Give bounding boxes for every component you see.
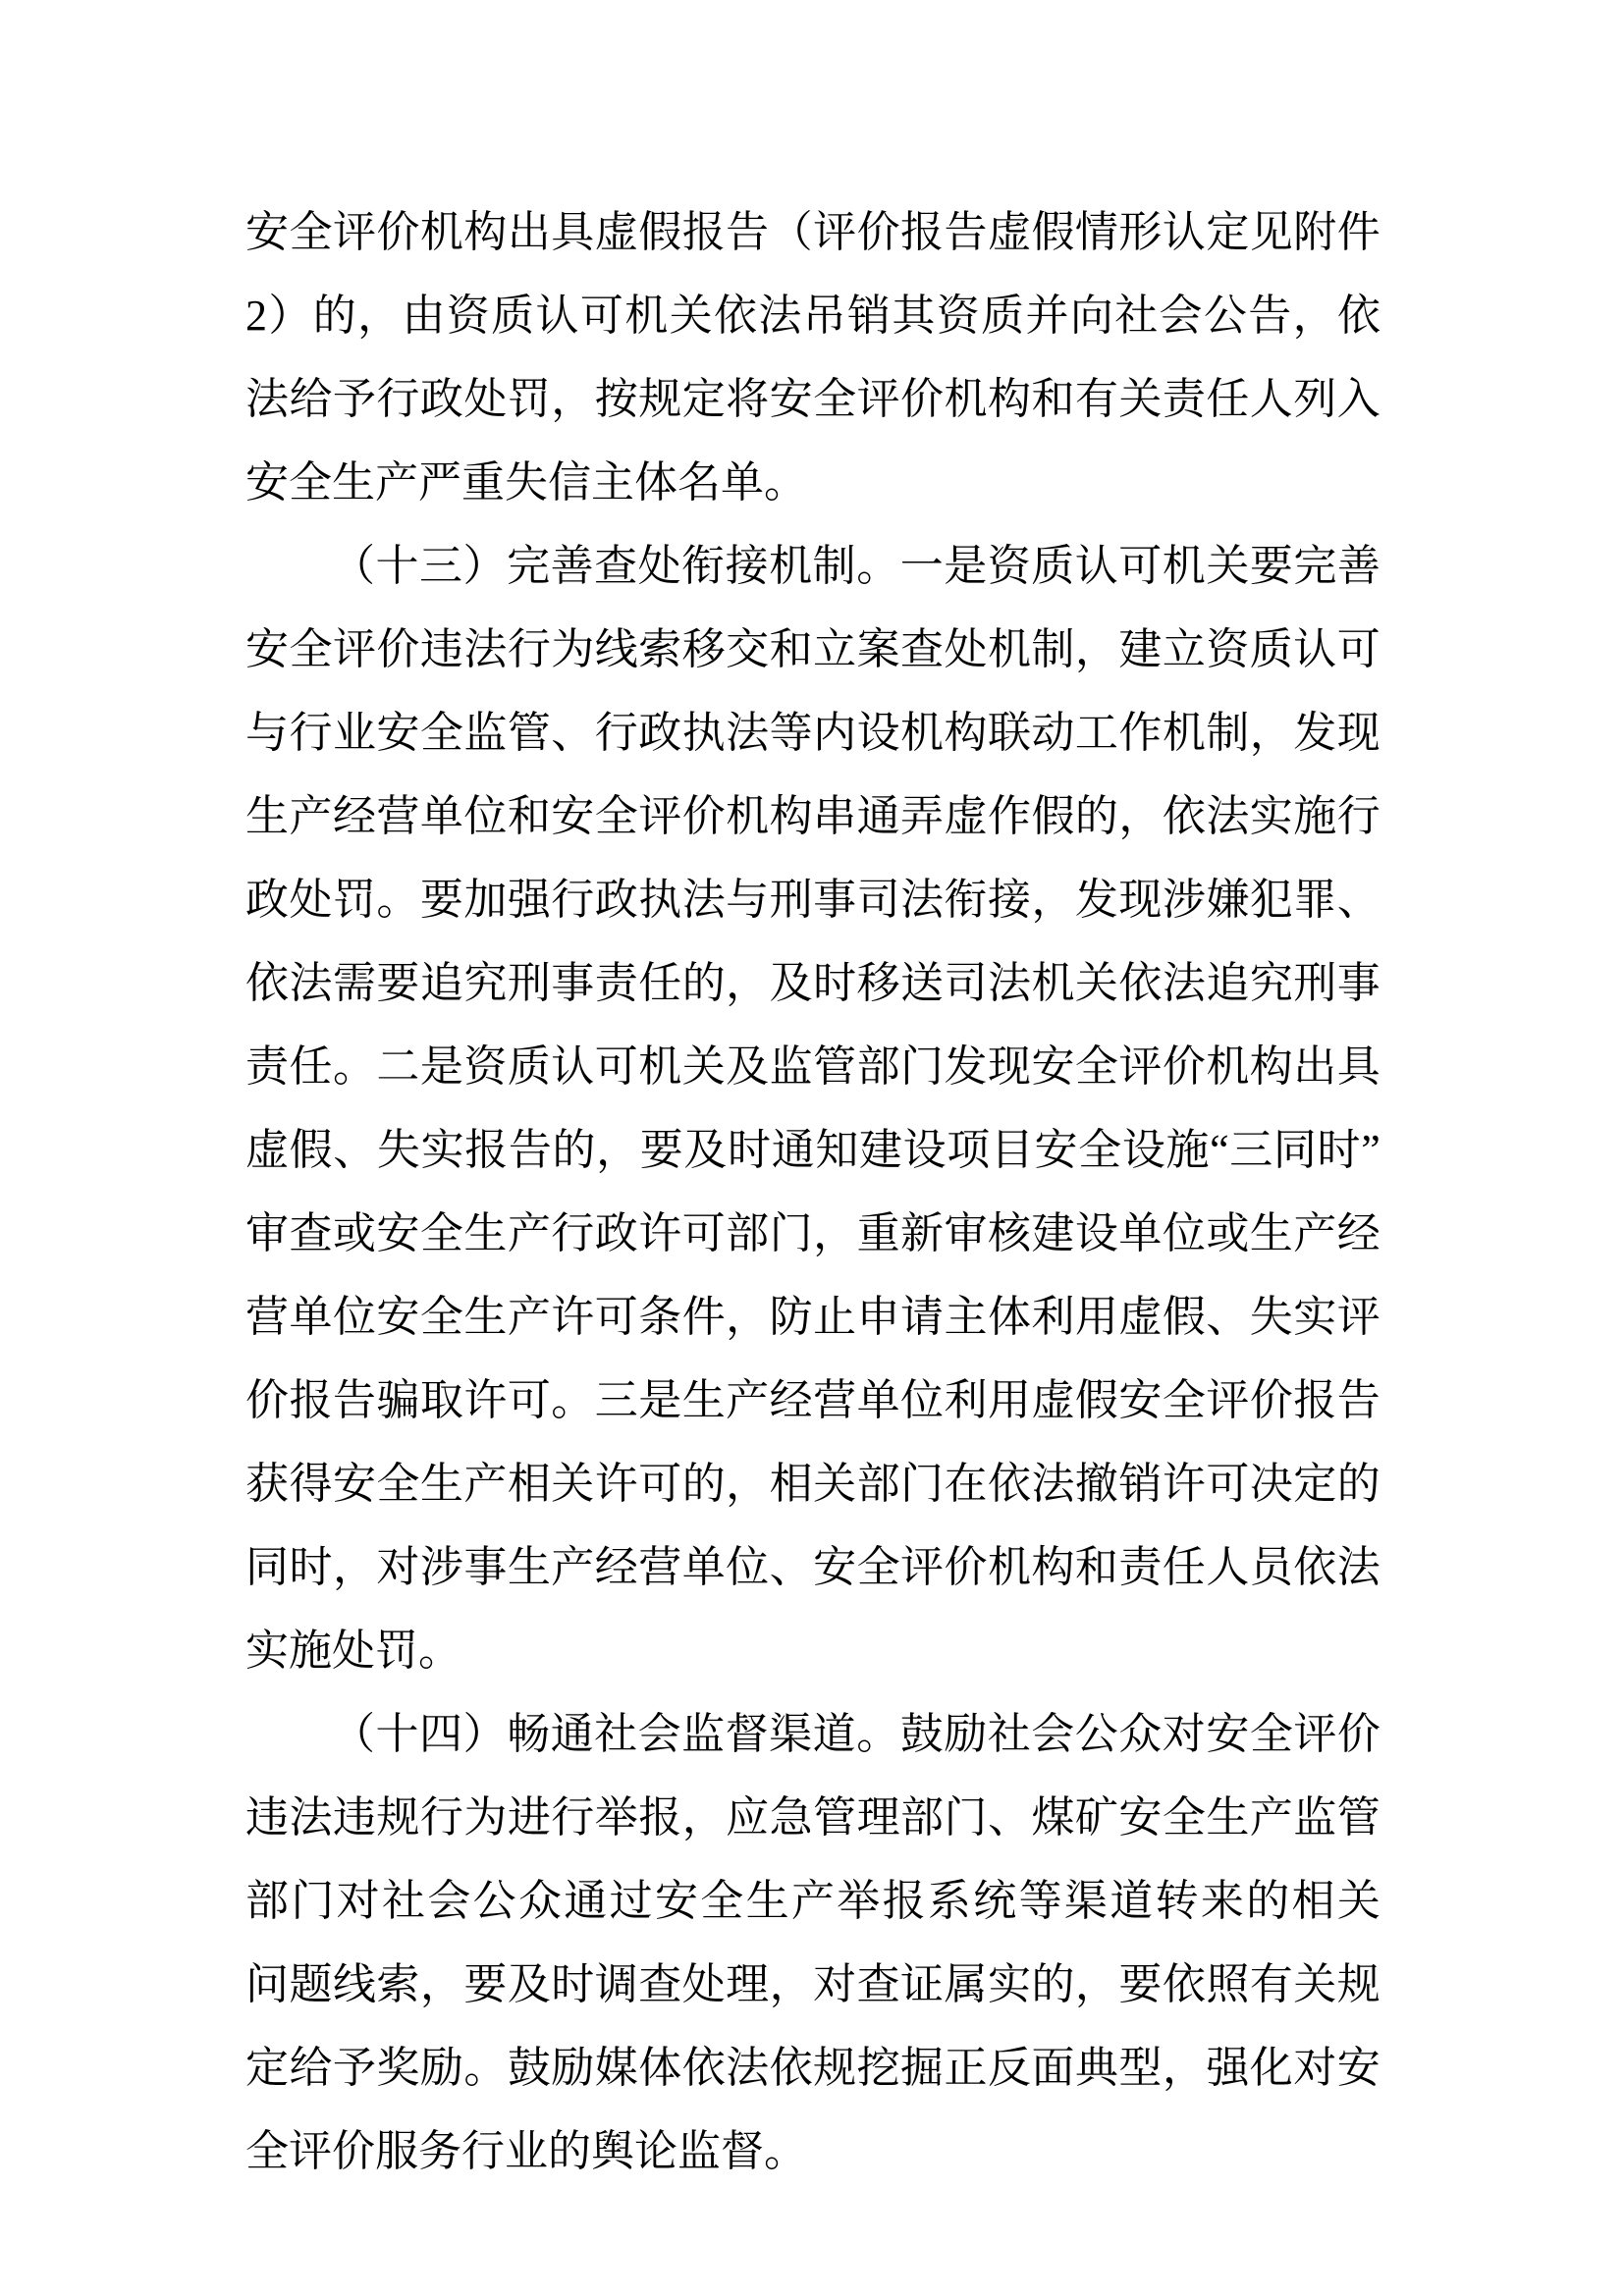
text-character: 价 [945,1546,988,1589]
text-character: 法 [289,1796,332,1840]
text-character: ， [726,1296,769,1339]
text-character: 法 [1337,1546,1380,1589]
text-character: 工 [1075,712,1118,755]
text-character: 可 [1206,1463,1249,1506]
text-character: ， [1075,628,1118,671]
text-character: 制 [813,545,856,588]
text-character: 时 [551,1963,594,2006]
text-character: 审 [945,1212,988,1255]
text-character: 是 [944,545,987,588]
text-character: 有 [1075,378,1118,421]
text-character: 认 [1293,628,1336,671]
text-character: 十 [376,545,419,588]
text-character: 在 [945,1463,988,1506]
text-character: 法 [682,879,726,922]
text-character: 资 [447,294,490,338]
text-character: 举 [595,1796,638,1840]
text-line: 全评价服务行业的舆论监督。 [245,2109,1380,2193]
text-character: 属 [945,1963,988,2006]
text-character: 生 [1250,1212,1293,1255]
text-character: 追 [1206,962,1249,1005]
text-character: 安 [813,1546,856,1589]
text-character: 依 [245,962,289,1005]
text-character: 关 [1118,378,1162,421]
text-character: 虚 [988,211,1031,254]
text-character: 、 [333,1129,376,1172]
text-character: 许 [595,1463,638,1506]
text-character: 行 [551,1212,594,1255]
text-character: 机 [988,1546,1031,1589]
text-character: 新 [900,1212,944,1255]
text-character: 关 [1293,1963,1336,2006]
text-character: 责 [1118,1546,1162,1589]
text-character: 申 [857,1296,900,1339]
text-character: 质 [981,294,1024,338]
text-character: 资 [937,294,980,338]
text-line: 营单位安全生产许可条件，防止申请主体利用虚假、失实评 [245,1275,1380,1359]
text-character: 司 [945,962,988,1005]
text-character: 撤 [1075,1463,1118,1506]
text-character: 告 [333,1379,376,1422]
text-character: 机 [726,795,769,838]
text-character: ） [268,294,311,338]
text-character: 强 [508,879,551,922]
text-character: 全 [1250,1713,1293,1756]
text-character: 行 [551,1796,594,1840]
text-character: 社 [988,1713,1031,1756]
text-character: 送 [900,962,944,1005]
text-character: 会 [638,1713,681,1756]
text-character: 四 [419,1713,462,1756]
text-character: 部 [857,1045,900,1089]
text-character: 安 [770,378,813,421]
text-character: 虚 [245,1129,289,1172]
text-character: 件 [682,1296,726,1339]
text-character: 案 [857,628,900,671]
text-character: 渠 [1064,1880,1108,1923]
text-character: 生 [1206,1796,1249,1840]
text-character: 予 [333,378,376,421]
text-line: 依法需要追究刑事责任的，及时移送司法机关依法追究刑事 [245,941,1380,1025]
text-character: 机 [624,294,668,338]
text-character: 认 [1163,211,1206,254]
text-character: 虚 [1118,1296,1162,1339]
text-character: 机 [420,211,463,254]
text-character: 依 [714,294,757,338]
text-character: 管 [813,1796,856,1840]
text-character: 励 [420,2047,463,2090]
text-character: 道 [1110,1880,1153,1923]
text-character: ， [420,1963,463,2006]
text-character: 入 [1337,378,1380,421]
text-character: 三 [419,545,462,588]
text-character: 定 [245,2047,289,2090]
text-character: 刑 [508,962,551,1005]
text-character: 给 [289,378,332,421]
text-character: 定 [682,378,726,421]
document-page: 安全评价机构出具虚假报告（评价报告虚假情形认定见附件2）的，由资质认可机关依法吊… [0,0,1624,2296]
text-character: 究 [463,962,507,1005]
text-character: 和 [1075,1546,1118,1589]
text-character: 可 [682,1212,726,1255]
text-character: 构 [945,712,988,755]
text-character: 虚 [945,795,988,838]
text-character: 安 [1031,1045,1074,1089]
text-character: 单 [1118,1212,1162,1255]
text-character: 规 [376,1796,419,1840]
text-character: 全 [420,712,463,755]
text-character: 产 [508,1296,551,1339]
text-character: 违 [333,1796,376,1840]
text-character: 可 [595,1296,638,1339]
text-character: 要 [640,1129,683,1172]
text-character: 位 [726,1546,769,1589]
text-character: 具 [1337,1045,1380,1089]
text-character: ， [1031,879,1074,922]
text-character: 、 [1337,879,1380,922]
text-character: 究 [1250,962,1293,1005]
text-character: 来 [1201,1880,1244,1923]
text-character: 全 [1163,1379,1206,1422]
text-character: 用 [1075,1296,1118,1339]
text-character: 同 [1273,1129,1317,1172]
text-character: 照 [1206,1963,1249,2006]
text-character: ， [1250,712,1293,755]
text-character: ） [463,545,507,588]
text-line: 虚假、失实报告的，要及时通知建设项目安全设施“三同时” [245,1108,1380,1192]
text-character: 完 [1293,545,1336,588]
text-character: 全 [1075,1045,1118,1089]
text-character: 发 [945,1045,988,1089]
text-character: 生 [463,1296,507,1339]
text-character: 查 [289,1212,332,1255]
text-character: 及 [770,962,813,1005]
text-line: 法给予行政处罚，按规定将安全评价机构和有关责任人列入 [245,357,1380,441]
text-character: 评 [1293,1713,1336,1756]
text-character: 举 [837,1880,880,1923]
text-character: 过 [610,1880,653,1923]
text-character: 政 [420,378,463,421]
text-character: 执 [638,879,681,922]
text-character: ， [596,1129,639,1172]
text-character: 可 [508,1379,551,1422]
text-character: 事 [1337,962,1380,1005]
text-character: 善 [551,545,594,588]
text-character: 接 [988,879,1031,922]
text-character: 法 [1206,795,1249,838]
text-character: ， [1075,1963,1118,2006]
text-character: 报 [900,211,944,254]
text-character: 制 [1206,712,1249,755]
text-character: 门 [900,1463,944,1506]
text-character: 报 [883,1880,926,1923]
text-character: 。 [376,879,419,922]
text-character: 统 [973,1880,1016,1923]
text-character: 部 [857,1463,900,1506]
text-character: ， [1163,2047,1206,2090]
text-character: 相 [770,1463,813,1506]
text-character: 请 [900,1296,944,1339]
text-character: 部 [726,1212,769,1255]
text-character: 是 [420,1045,463,1089]
text-character: 移 [857,962,900,1005]
text-character: ， [813,1212,856,1255]
text-character: ， [726,1463,769,1506]
text-character: 安 [376,1296,419,1339]
text-line: 安全评价机构出具虚假报告（评价报告虚假情形认定见附件 [245,190,1380,274]
text-character: 获 [245,1463,289,1506]
text-character: 出 [1293,1045,1336,1089]
text-character: 取 [420,1379,463,1422]
text-character: 建 [859,1129,902,1172]
text-line: 责任。二是资质认可机关及监管部门发现安全评价机构出具 [245,1025,1380,1108]
text-line: 政处罚。要加强行政执法与刑事司法衔接，发现涉嫌犯罪、 [245,858,1380,941]
text-character: ， [551,378,594,421]
text-character: 。 [463,2047,507,2090]
text-line: 生产经营单位和安全评价机构串通弄虚作假的，依法实施行 [245,774,1380,858]
text-character: 体 [988,1296,1031,1339]
text-character: 认 [536,294,579,338]
text-character: 质 [508,1045,551,1089]
text-character: 是 [638,1379,681,1422]
text-character: ” [1361,1129,1380,1172]
text-character: 产 [791,1880,835,1923]
text-character: 全 [700,1880,743,1923]
text-character: 的 [1337,1463,1380,1506]
text-character: 安 [1118,1796,1162,1840]
text-character: 关 [682,1045,726,1089]
text-character: 设 [903,1129,947,1172]
text-character: 渠 [769,1713,812,1756]
text-character: 评 [1337,1296,1380,1339]
text-character: 行 [376,378,419,421]
text-character: 决 [1250,1463,1293,1506]
text-character: 众 [518,1880,562,1923]
text-character: 与 [245,712,289,755]
text-character: 按 [595,378,638,421]
text-character: 施 [1165,1129,1209,1172]
text-character: 矿 [1075,1796,1118,1840]
text-character: 励 [551,2047,594,2090]
text-character: 依 [770,2047,813,2090]
text-character: 假 [1075,1379,1118,1422]
text-character: 规 [1337,1963,1380,2006]
text-character: 衔 [945,879,988,922]
text-character: 执 [682,712,726,755]
text-character: 实 [421,1129,464,1172]
text-character: 实 [1250,795,1293,838]
text-character: 会 [427,1880,470,1923]
text-character: 报 [464,1129,508,1172]
text-character: 依 [1293,1546,1336,1589]
text-character: 设 [857,712,900,755]
text-character: 认 [551,1045,594,1089]
text-character: 价 [1250,1379,1293,1422]
text-character: 附 [1293,211,1336,254]
text-character: 同 [245,1546,289,1589]
text-character: 营 [245,1296,289,1339]
text-character: 予 [333,2047,376,2090]
text-character: 资 [1206,628,1249,671]
text-character: 。 [551,1379,594,1422]
text-character: 政 [638,712,681,755]
text-character: 假 [638,211,681,254]
text-character: 社 [594,1713,637,1756]
text-character: 资 [463,1045,507,1089]
text-character: 完 [507,545,550,588]
text-character: 产 [726,1379,769,1422]
text-line: 与行业安全监管、行政执法等内设机构联动工作机制，发现 [245,691,1380,774]
text-character: 安 [376,712,419,755]
text-character: 违 [245,1796,289,1840]
text-character: 畅 [507,1713,550,1756]
text-character: 失 [1250,1296,1293,1339]
text-character: 相 [1292,1880,1335,1923]
text-character: 法 [900,879,944,922]
text-character: 任 [638,962,681,1005]
text-character: 的 [682,1463,726,1506]
text-character: 生 [746,1880,789,1923]
text-character: 经 [595,1546,638,1589]
text-character: 出 [508,211,551,254]
text-character: 关 [551,1463,594,1506]
text-character: 安 [1206,1713,1249,1756]
text-character: 题 [289,1963,332,2006]
text-character: 理 [857,1796,900,1840]
text-character: 规 [813,2047,856,2090]
text-character: 行 [289,712,332,755]
text-character: 事 [551,962,594,1005]
text-character: 罚 [333,879,376,922]
text-character: 时 [813,962,856,1005]
text-character: 政 [595,1212,638,1255]
text-character: 查 [857,1963,900,2006]
text-character: 十 [376,1713,419,1756]
text-character: 典 [1075,2047,1118,2090]
text-character: 通 [551,1713,594,1756]
text-line: 安全评价违法行为线索移交和立案查处机制，建立资质认可 [245,608,1380,691]
text-character: 事 [813,879,856,922]
text-character: 产 [1293,1212,1336,1255]
text-character: 三 [595,1379,638,1422]
text-character: 立 [813,628,856,671]
text-character: 会 [1160,294,1203,338]
text-character: 机 [1031,962,1074,1005]
text-character: 责 [245,1045,289,1089]
text-character: 立 [1163,628,1206,671]
text-character: 安 [551,795,594,838]
text-line: 审查或安全生产行政许可部门，重新审核建设单位或生产经 [245,1192,1380,1275]
text-character: 等 [770,712,813,755]
text-character: 门 [945,1796,988,1840]
text-character: 善 [1337,545,1380,588]
text-character: 查 [900,628,944,671]
text-character: 重 [857,1212,900,1255]
text-character: 单 [289,1296,332,1339]
text-character: 经 [1337,1212,1380,1255]
text-character: 串 [813,795,856,838]
text-character: 、 [551,712,594,755]
text-character: 列 [1293,378,1336,421]
text-line: 实施处罚。 [245,1609,1380,1692]
text-character: 安 [245,628,289,671]
text-character: 和 [1031,378,1074,421]
text-character: 生 [682,1379,726,1422]
text-character: 见 [1250,211,1293,254]
text-character: 营 [638,1546,681,1589]
text-character: 2 [245,294,267,338]
text-character: 可 [580,294,623,338]
text-character: 的 [552,1129,595,1172]
text-character: 位 [463,795,507,838]
text-character: 许 [551,1296,594,1339]
text-character: 法 [726,2047,769,2090]
text-character: 机 [988,628,1031,671]
text-character: 有 [1250,1963,1293,2006]
text-line: 同时，对涉事生产经营单位、安全评价机构和责任人员依法 [245,1525,1380,1609]
text-character: 营 [376,795,419,838]
text-character: 价 [376,628,419,671]
text-character: 时 [1318,1129,1361,1172]
text-character: 行 [551,879,594,922]
text-character: 煤 [1031,1796,1074,1840]
text-character: 施 [1293,795,1336,838]
text-character: 等 [1019,1880,1062,1923]
text-character: 止 [813,1296,856,1339]
text-character: 进 [508,1796,551,1840]
text-character: 告 [726,211,769,254]
text-character: 设 [1122,1129,1165,1172]
text-character: 与 [726,879,769,922]
text-character: 查 [638,1963,681,2006]
text-character: 要 [1118,1963,1162,2006]
text-character: 衔 [681,545,725,588]
text-character: 业 [333,712,376,755]
text-character: 价 [900,378,944,421]
text-character: 失 [377,1129,420,1172]
text-character: 涉 [420,1546,463,1589]
text-character: 现 [988,1045,1031,1089]
text-character: 任 [1206,378,1249,421]
text-character: 定 [1206,211,1249,254]
text-character: 主 [945,1296,988,1339]
text-character: 假 [1031,211,1074,254]
text-character: ， [1118,795,1162,838]
text-character: 联 [988,712,1031,755]
text-character: 强 [1206,2047,1249,2090]
text-character: 监 [770,1045,813,1089]
text-character: 刑 [770,879,813,922]
text-character: 会 [1031,1713,1074,1756]
text-line: 违法违规行为进行举报，应急管理部门、煤矿安全生产监管 [245,1776,1380,1859]
text-character: 全 [289,628,332,671]
text-character: 建 [1118,628,1162,671]
text-character: 人 [1206,1546,1249,1589]
text-character: 需 [333,962,376,1005]
text-character: 项 [947,1129,990,1172]
text-character: 知 [815,1129,858,1172]
text-character: 犯 [1250,879,1293,922]
text-character: 二 [376,1045,419,1089]
text-character: 体 [638,2047,681,2090]
text-character: 作 [1118,712,1162,755]
text-character: 位 [333,1296,376,1339]
text-character: 全 [420,1212,463,1255]
text-character: 司 [857,879,900,922]
text-character: 评 [333,628,376,671]
document-body: 安全评价机构出具虚假报告（评价报告虚假情形认定见附件2）的，由资质认可机关依法吊… [245,190,1380,2193]
text-character: 为 [463,1796,507,1840]
